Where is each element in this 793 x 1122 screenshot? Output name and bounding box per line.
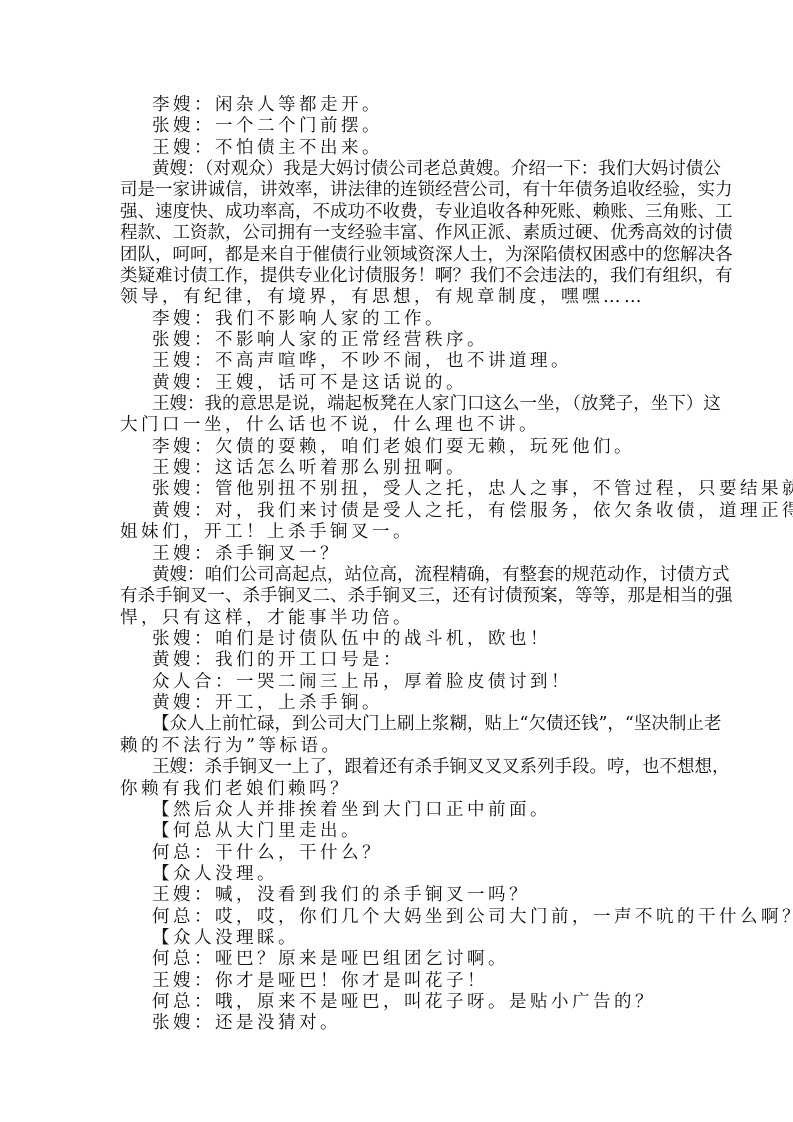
text-line: 【何总从大门里走出。 [120, 821, 673, 842]
text-line: 李嫂：闲杂人等都走开。 [120, 95, 673, 116]
text-line: 王嫂：你才是哑巴！你才是叫花子！ [120, 971, 673, 992]
text-line: 【众人没理睬。 [120, 928, 673, 949]
text-line: 王嫂：不怕债主不出来。 [120, 138, 673, 159]
text-line: 王嫂：不高声喧哗，不吵不闹，也不讲道理。 [120, 351, 673, 372]
script-text: 李嫂：闲杂人等都走开。张嫂：一个二个门前摆。王嫂：不怕债主不出来。黄嫂：（对观众… [120, 95, 673, 1035]
text-line: 李嫂：欠债的耍赖，咱们老娘们耍无赖，玩死他们。 [120, 437, 673, 458]
text-line: 你赖有我们老娘们赖吗？ [120, 779, 673, 800]
text-line: 姐妹们，开工！上杀手锏叉一。 [120, 522, 673, 543]
text-line: 【众人上前忙碌，到公司大门上刷上浆糊，贴上“欠债还钱”，“坚决制止老 [120, 714, 673, 735]
text-line: 强、速度快、成功率高，不成功不收费，专业追收各种死账、赖账、三角账、工 [120, 202, 673, 223]
text-line: 黄嫂：我们的开工口号是： [120, 650, 673, 671]
text-line: 程款、工资款，公司拥有一支经验丰富、作风正派、素质过硬、优秀高效的讨债 [120, 223, 673, 244]
text-line: 黄嫂：（对观众）我是大妈讨债公司老总黄嫂。介绍一下：我们大妈讨债公 [120, 159, 673, 180]
text-line: 王嫂：我的意思是说，端起板凳在人家门口这么一坐，（放凳子，坐下）这 [120, 394, 673, 415]
text-line: 类疑难讨债工作，提供专业化讨债服务！啊？我们不会违法的，我们有组织，有 [120, 266, 673, 287]
text-line: 黄嫂：王嫂，话可不是这话说的。 [120, 373, 673, 394]
text-line: 【然后众人并排挨着坐到大门口正中前面。 [120, 800, 673, 821]
text-line: 何总：哎，哎，你们几个大妈坐到公司大门前，一声不吭的干什么啊？ [120, 907, 673, 928]
text-line: 张嫂：不影响人家的正常经营秩序。 [120, 330, 673, 351]
document-page: 李嫂：闲杂人等都走开。张嫂：一个二个门前摆。王嫂：不怕债主不出来。黄嫂：（对观众… [0, 0, 793, 1122]
text-line: 领导，有纪律，有境界，有思想，有规章制度，嘿嘿…… [120, 287, 673, 308]
text-line: 大门口一坐，什么话也不说，什么理也不讲。 [120, 415, 673, 436]
text-line: 李嫂：我们不影响人家的工作。 [120, 309, 673, 330]
text-line: 王嫂：杀手锏叉一？ [120, 544, 673, 565]
text-line: 团队，呵呵，都是来自于催债行业领域资深人士，为深陷债权困惑中的您解决各 [120, 245, 673, 266]
text-line: 司是一家讲诚信，讲效率，讲法律的连锁经营公司，有十年债务追收经验，实力 [120, 180, 673, 201]
text-line: 黄嫂：开工，上杀手锏。 [120, 693, 673, 714]
text-line: 张嫂：管他别扭不别扭，受人之托，忠人之事，不管过程，只要结果就行。 [120, 479, 673, 500]
text-line: 王嫂：喊，没看到我们的杀手锏叉一吗？ [120, 885, 673, 906]
text-line: 何总：哦，原来不是哑巴，叫花子呀。是贴小广告的？ [120, 992, 673, 1013]
text-line: 王嫂：杀手锏叉一上了，跟着还有杀手锏叉叉叉系列手段。哼，也不想想， [120, 757, 673, 778]
text-line: 【众人没理。 [120, 864, 673, 885]
text-line: 何总：哑巴？原来是哑巴组团乞讨啊。 [120, 949, 673, 970]
text-line: 张嫂：咱们是讨债队伍中的战斗机，欧也！ [120, 629, 673, 650]
text-line: 悍，只有这样，才能事半功倍。 [120, 608, 673, 629]
text-line: 何总：干什么，干什么？ [120, 843, 673, 864]
text-line: 有杀手锏叉一、杀手锏叉二、杀手锏叉三，还有讨债预案，等等，那是相当的强 [120, 586, 673, 607]
text-line: 众人合：一哭二闹三上吊，厚着脸皮债讨到！ [120, 672, 673, 693]
text-line: 黄嫂：咱们公司高起点，站位高，流程精确，有整套的规范动作，讨债方式 [120, 565, 673, 586]
text-line: 王嫂：这话怎么听着那么别扭啊。 [120, 458, 673, 479]
text-line: 黄嫂：对，我们来讨债是受人之托，有偿服务，依欠条收债，道理正得很。 [120, 501, 673, 522]
text-line: 张嫂：还是没猜对。 [120, 1013, 673, 1034]
text-line: 张嫂：一个二个门前摆。 [120, 116, 673, 137]
text-line: 赖的不法行为”等标语。 [120, 736, 673, 757]
